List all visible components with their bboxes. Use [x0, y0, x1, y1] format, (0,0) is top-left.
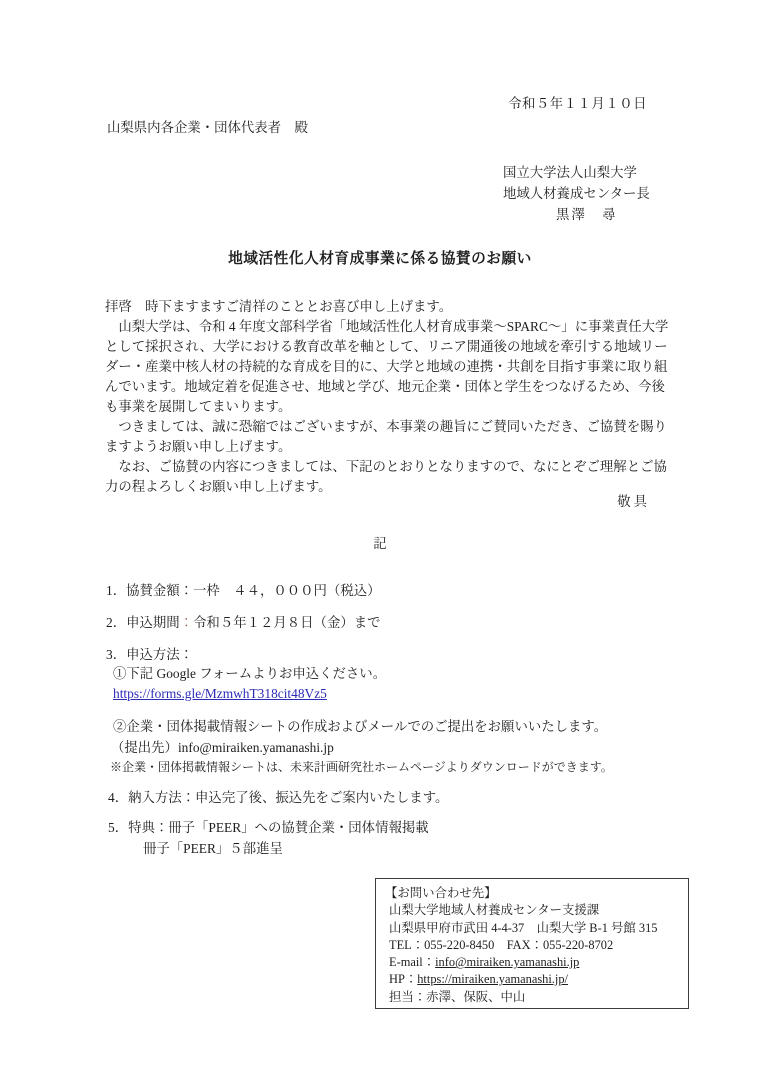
list-item-payment-method: 4．納入方法：申込完了後、振込先をご案内いたします。 — [108, 791, 448, 804]
list-item-benefits-line1: 5．特典：冊子「PEER」への協賛企業・団体情報掲載 — [108, 821, 429, 834]
application-period-label: 2．申込期間 — [106, 615, 180, 630]
submission-address-line: （提出先）info@miraiken.yamanashi.jp — [111, 741, 334, 754]
contact-hp-line: HP：https://miraiken.yamanashi.jp/ — [385, 971, 678, 988]
body-line: ますようお願い申し上げます。 — [105, 437, 660, 457]
contact-box: 【お問い合わせ先】 山梨大学地域人材養成センター支援課 山梨県甲府市武田 4-4… — [375, 878, 689, 1009]
letter-page: 令和５年１１月１０日 山梨県内各企業・団体代表者 殿 国立大学法人山梨大学 地域… — [0, 0, 760, 1074]
body-line: 拝啓 時下ますますご清祥のこととお喜び申し上げます。 — [105, 297, 660, 317]
google-form-link[interactable]: https://forms.gle/MzmwhT318cit48Vz5 — [113, 686, 327, 701]
body-line: も事業を展開してまいります。 — [105, 397, 660, 417]
contact-email-link[interactable]: info@miraiken.yamanashi.jp — [435, 955, 579, 969]
letter-body: 拝啓 時下ますますご清祥のこととお喜び申し上げます。 山梨大学は、令和 4 年度… — [105, 297, 660, 497]
contact-hp-link[interactable]: https://miraiken.yamanashi.jp/ — [417, 972, 568, 986]
body-line: つきましては、誠に恐縮ではございますが、本事業の趣旨にご賛同いただき、ご協賛を賜… — [105, 417, 660, 437]
body-line: 山梨大学は、令和 4 年度文部科学省「地域活性化人材育成事業～SPARC～」に事… — [105, 317, 660, 337]
application-method-step1: ①下記 Google フォームよりお申込ください。 — [113, 667, 386, 680]
sender-organization: 国立大学法人山梨大学 — [503, 162, 650, 183]
contact-heading: 【お問い合わせ先】 — [385, 885, 678, 902]
application-method-step2: ②企業・団体掲載情報シートの作成およびメールでのご提出をお願いいたします。 — [113, 720, 607, 733]
body-line: ダー・産業中核人材の持続的な育成を目的に、大学と地域の連携・共創を目指す事業に取… — [105, 357, 660, 377]
record-mark: 記 — [0, 537, 760, 550]
body-line: として採択され、大学における教育改革を軸として、リニア開通後の地域を牽引する地域… — [105, 337, 660, 357]
application-period-value: 令和５年１２月８日（金）まで — [193, 615, 380, 630]
recipient-line: 山梨県内各企業・団体代表者 殿 — [107, 121, 308, 134]
letter-date: 令和５年１１月１０日 — [508, 97, 647, 110]
google-form-link-line: https://forms.gle/MzmwhT318cit48Vz5 — [113, 687, 327, 700]
list-item-application-period: 2．申込期間：令和５年１２月８日（金）まで — [106, 616, 381, 629]
list-item-application-method: 3．申込方法： — [106, 648, 193, 661]
contact-email-line: E-mail：info@miraiken.yamanashi.jp — [385, 954, 678, 971]
contact-staff: 担当：赤澤、保阪、中山 — [385, 989, 678, 1006]
letter-title: 地域活性化人材育成事業に係る協賛のお願い — [0, 247, 760, 268]
contact-tel-fax: TEL：055-220-8450 FAX：055-220-8702 — [385, 937, 678, 954]
contact-department: 山梨大学地域人材養成センター支援課 — [385, 902, 678, 919]
sender-department: 地域人材養成センター長 — [503, 183, 650, 204]
application-period-colon: ： — [180, 615, 193, 630]
hp-label: HP： — [389, 972, 417, 986]
contact-address: 山梨県甲府市武田 4-4-37 山梨大学 B-1 号館 315 — [385, 920, 678, 937]
list-item-sponsorship-amount: 1．協賛金額：一枠 ４４，０００円（税込） — [106, 584, 381, 597]
closing-word: 敬具 — [617, 495, 650, 508]
body-line: んでいます。地域定着を促進させ、地域と学び、地元企業・団体と学生をつなげるため、… — [105, 377, 660, 397]
sender-name: 黒澤 尋 — [503, 204, 650, 225]
list-item-benefits-line2: 冊子「PEER」５部進呈 — [143, 842, 283, 855]
body-line: 力の程よろしくお願い申し上げます。 — [105, 477, 660, 497]
body-line: なお、ご協賛の内容につきましては、下記のとおりとなりますので、なにとぞご理解とご… — [105, 457, 660, 477]
sender-block: 国立大学法人山梨大学 地域人材養成センター長 黒澤 尋 — [503, 162, 650, 225]
email-label: E-mail： — [389, 955, 435, 969]
sheet-download-note: ※企業・団体掲載情報シートは、未来計画研究社ホームページよりダウンロードができま… — [110, 761, 613, 773]
